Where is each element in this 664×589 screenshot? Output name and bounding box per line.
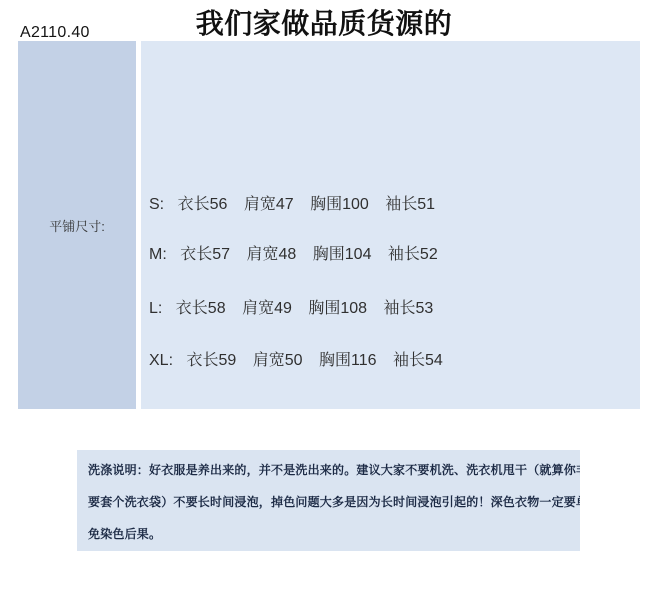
measurement-bust: 胸围108 xyxy=(308,300,367,317)
washing-instructions-line: 免染色后果。 xyxy=(88,518,570,550)
size-row-s: S: 衣长56 肩宽47 胸围100 袖长51 xyxy=(149,195,435,215)
size-row-label: L: xyxy=(149,300,162,317)
size-row-m: M: 衣长57 肩宽48 胸围104 袖长52 xyxy=(149,245,438,265)
product-info-sheet: A2110.40 我们家做品质货源的 平铺尺寸: S: 衣长56 肩宽47 胸围… xyxy=(0,0,664,589)
measurement-sleeve: 袖长51 xyxy=(385,196,435,213)
size-row-label: XL: xyxy=(149,352,173,369)
measurement-bust: 胸围116 xyxy=(319,352,377,369)
size-row-l: L: 衣长58 肩宽49 胸围108 袖长53 xyxy=(149,299,433,319)
washing-instructions-box: 洗涤说明：好衣服是养出来的，并不是洗出来的。建议大家不要机洗、洗衣机甩干（就算你… xyxy=(77,450,580,551)
size-row-xl: XL: 衣长59 肩宽50 胸围116 袖长54 xyxy=(149,351,443,371)
size-rows-panel: S: 衣长56 肩宽47 胸围100 袖长51 M: 衣长57 肩宽48 胸围1… xyxy=(141,41,640,409)
size-row-label: S: xyxy=(149,196,164,213)
measurement-sleeve: 袖长53 xyxy=(383,300,433,317)
flat-size-label: 平铺尺寸: xyxy=(49,216,105,235)
size-table-label-column: 平铺尺寸: xyxy=(18,41,136,409)
washing-instructions-line: 要套个洗衣袋）不要长时间浸泡，掉色问题大多是因为长时间浸泡引起的！深色衣物一定要… xyxy=(88,486,570,518)
measurement-shoulder: 肩宽48 xyxy=(247,246,297,263)
size-row-label: M: xyxy=(149,246,167,263)
measurement-length: 衣长58 xyxy=(176,300,226,317)
measurement-length: 衣长57 xyxy=(180,246,230,263)
measurement-shoulder: 肩宽50 xyxy=(253,352,303,369)
measurement-shoulder: 肩宽47 xyxy=(244,196,294,213)
washing-instructions-line: 洗涤说明：好衣服是养出来的，并不是洗出来的。建议大家不要机洗、洗衣机甩干（就算你… xyxy=(88,454,570,486)
page-title: 我们家做品质货源的 xyxy=(0,2,648,42)
measurement-sleeve: 袖长52 xyxy=(388,246,438,263)
measurement-sleeve: 袖长54 xyxy=(393,352,443,369)
measurement-length: 衣长59 xyxy=(186,352,236,369)
measurement-length: 衣长56 xyxy=(178,196,228,213)
measurement-shoulder: 肩宽49 xyxy=(242,300,292,317)
measurement-bust: 胸围100 xyxy=(310,196,369,213)
measurement-bust: 胸围104 xyxy=(313,246,372,263)
